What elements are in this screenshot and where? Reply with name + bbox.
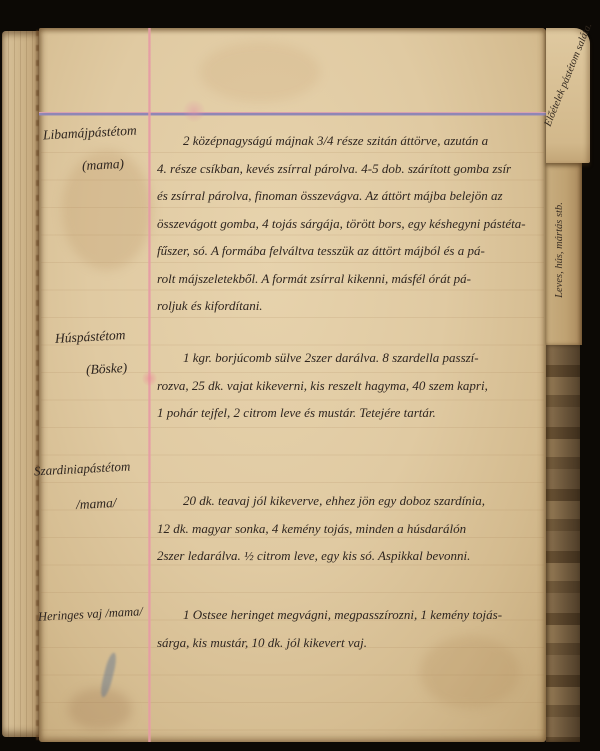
pink-ink-blot <box>142 371 157 386</box>
recipe-line: rolt májszeletekből. A formát zsírral ki… <box>157 265 549 293</box>
recipe-body-libamajpastetom: 2 középnagyságú májnak 3/4 része szitán … <box>157 127 549 320</box>
recipe-line: 4. része csíkban, kevés zsírral párolva.… <box>157 155 549 183</box>
page-stain <box>68 688 132 730</box>
recipe-line: 1 kgr. borjúcomb sülve 2szer darálva. 8 … <box>157 344 549 372</box>
recipe-body-szardiniapastetom: 20 dk. teavaj jól kikeverve, ehhez jön e… <box>157 487 549 570</box>
index-tab-label: Leves, hús, mártás stb. <box>554 162 574 338</box>
recipe-line: 20 dk. teavaj jól kikeverve, ehhez jön e… <box>157 487 549 515</box>
recipe-line: 1 pohár tejfel, 2 citrom leve és mustár.… <box>157 399 549 427</box>
recipe-line: 12 dk. magyar sonka, 4 kemény tojás, min… <box>157 515 549 543</box>
recipe-line: fűszer, só. A formába felváltva tesszük … <box>157 237 549 265</box>
recipe-line: 2 középnagyságú májnak 3/4 része szitán … <box>157 127 549 155</box>
recipe-line: összevágott gomba, 4 tojás sárgája, törö… <box>157 210 549 238</box>
recipe-line: rozva, 25 dk. vajat kikeverni, kis resze… <box>157 372 549 400</box>
recipe-body-heringes-vaj: 1 Ostsee heringet megvágni, megpasszíroz… <box>157 601 549 656</box>
recipe-line: és zsírral párolva, finoman összevágva. … <box>157 182 549 210</box>
book-spine-page-edges <box>2 31 39 737</box>
recipe-byline: (mama) <box>82 156 125 174</box>
torn-pages-edge <box>546 345 580 742</box>
pink-ink-blot <box>183 100 205 122</box>
recipe-line: sárga, kis mustár, 10 dk. jól kikevert v… <box>157 629 549 657</box>
recipe-line: 1 Ostsee heringet megvágni, megpasszíroz… <box>157 601 549 629</box>
recipe-line: 2szer ledarálva. ½ citrom leve, egy kis … <box>157 542 549 570</box>
recipe-byline: (Böske) <box>86 360 128 378</box>
recipe-byline: /mama/ <box>76 495 117 513</box>
recipe-line: roljuk és kifordítani. <box>157 292 549 320</box>
photographed-notebook: Előételek pástétom saláta. Leves, hús, m… <box>0 0 600 751</box>
page-stain <box>200 42 320 102</box>
recipe-body-huspastetom: 1 kgr. borjúcomb sülve 2szer darálva. 8 … <box>157 344 549 427</box>
